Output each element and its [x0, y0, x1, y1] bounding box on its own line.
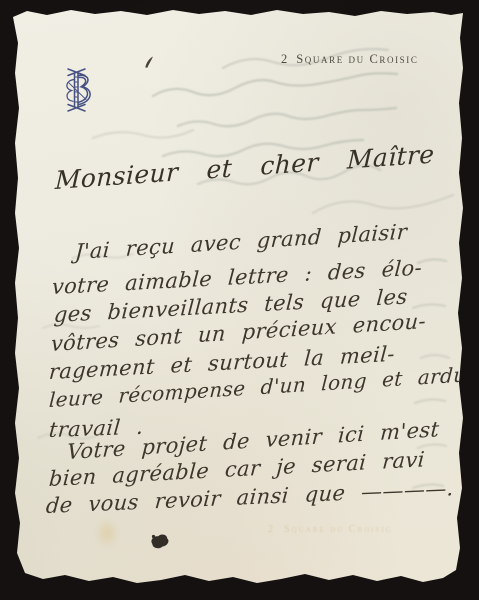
paper-stain: [95, 518, 119, 548]
letterhead-address: 2Square du Croisic: [281, 52, 419, 67]
letterhead-street-name: Square du Croisic: [296, 52, 418, 66]
photograph-background: { "document": { "type": "handwritten-let…: [0, 0, 479, 600]
ink-blot: [148, 532, 172, 552]
interlaced-initials-monogram-icon: [58, 66, 98, 114]
ink-speck: [143, 55, 155, 71]
ghost-letterhead-showthrough: 2 Square du Croisic: [268, 524, 392, 535]
letter-paper: 2Square du Croisic Monsieur et cher Maît…: [13, 8, 463, 586]
letterhead-street-number: 2: [281, 52, 287, 66]
